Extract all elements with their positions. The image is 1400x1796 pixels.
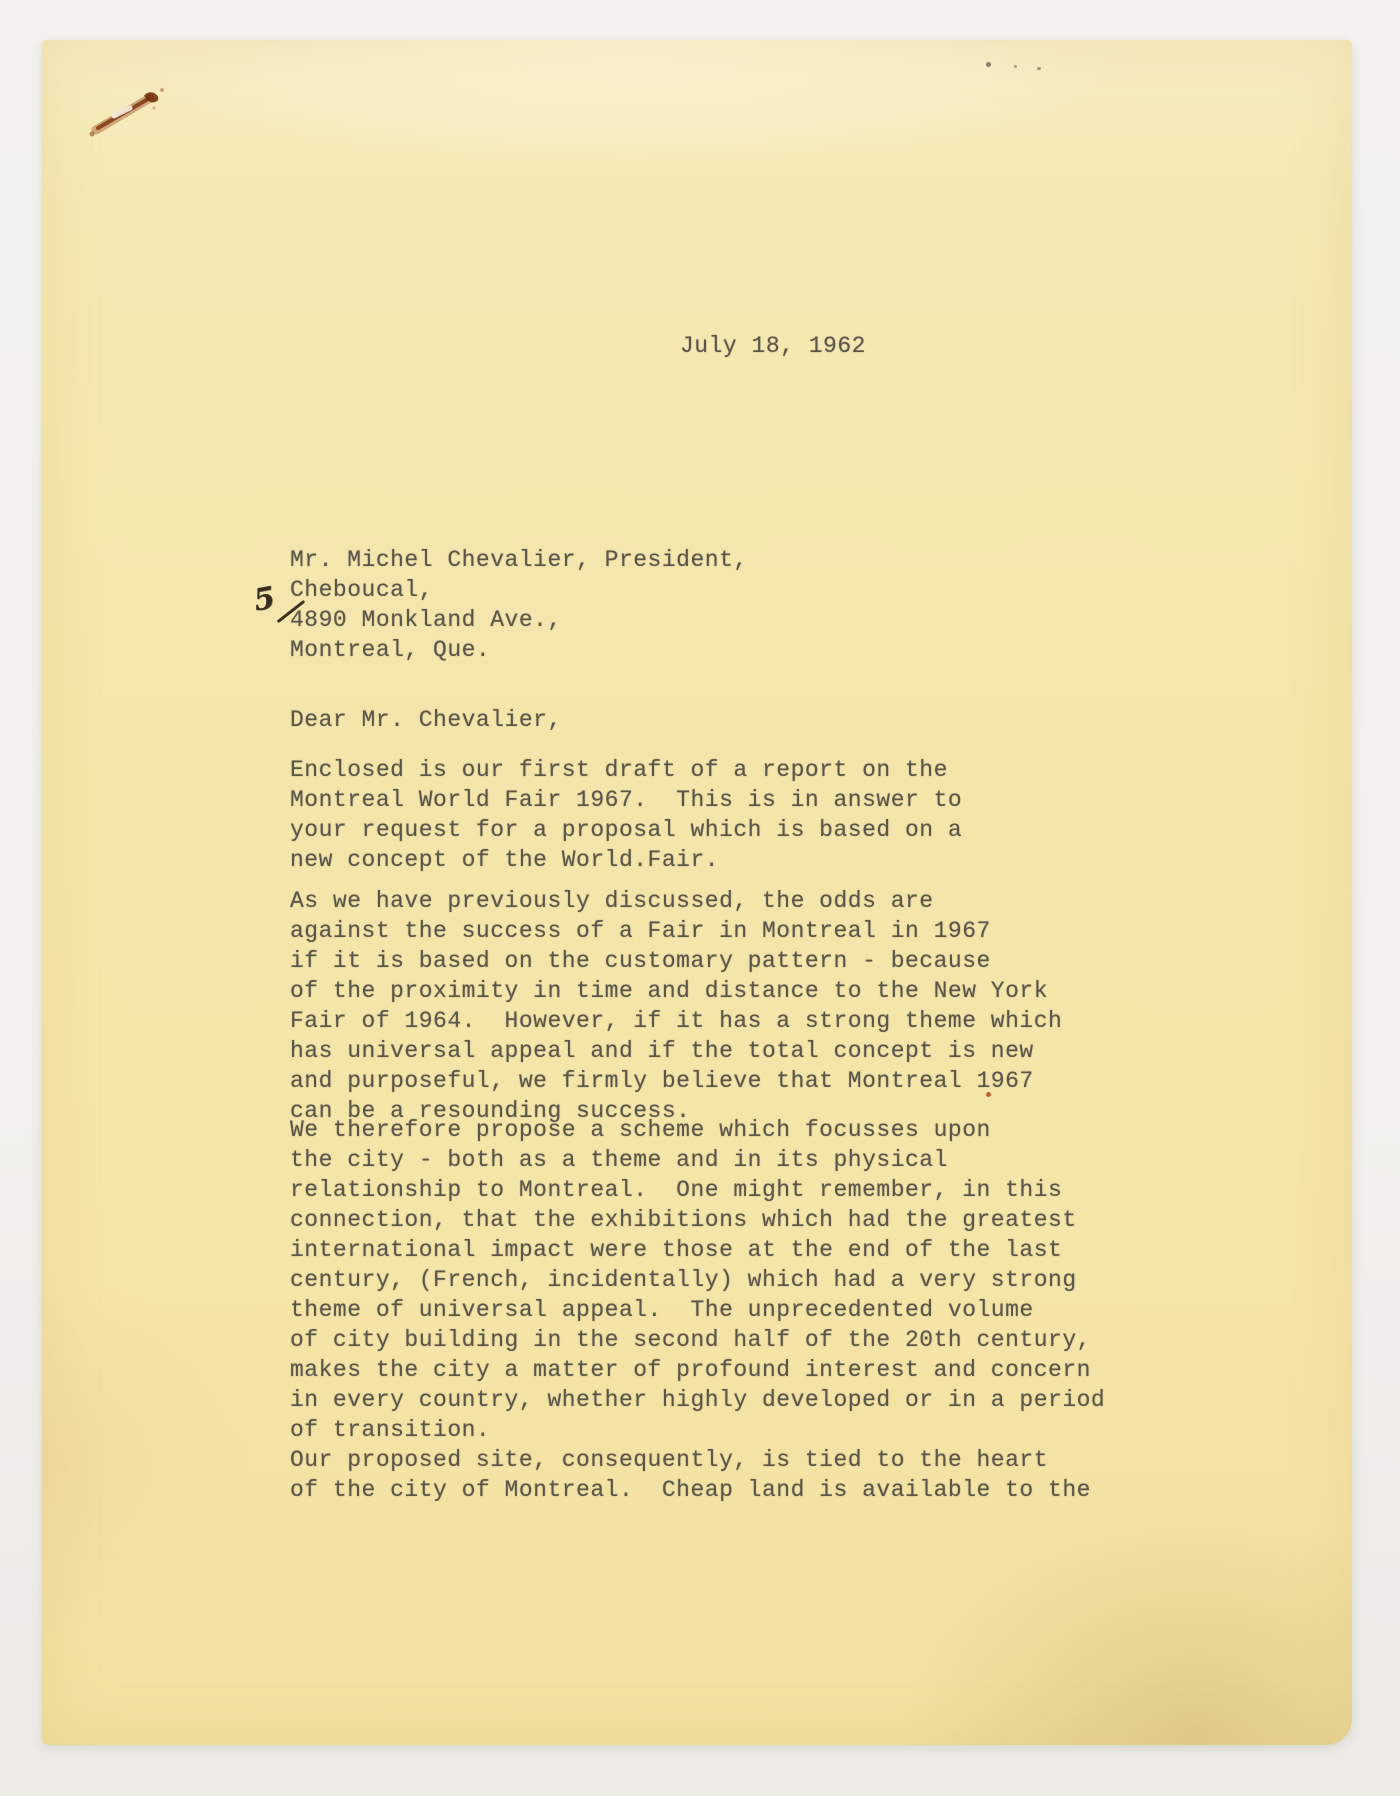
recipient-organization: Cheboucal, [290,575,433,605]
handwritten-correction: 5 [251,580,278,618]
letter-paragraph: Enclosed is our first draft of a report … [290,755,962,875]
letter-paragraph: Our proposed site, consequently, is tied… [290,1445,1091,1505]
letter-date: July 18, 1962 [680,331,866,361]
recipient-city: Montreal, Que. [290,635,490,665]
letter-paper: July 18, 1962 Mr. Michel Chevalier, Pres… [42,40,1352,1745]
salutation: Dear Mr. Chevalier, [290,705,562,735]
paper-speck [986,62,991,67]
letter-paragraph: We therefore propose a scheme which focu… [290,1115,1105,1445]
paper-speck [1037,67,1041,70]
rust-stain [78,64,188,144]
letter-paragraph: As we have previously discussed, the odd… [290,886,1062,1126]
scan-background: July 18, 1962 Mr. Michel Chevalier, Pres… [0,0,1400,1796]
recipient-name: Mr. Michel Chevalier, President, [290,545,748,575]
paper-speck [1014,65,1017,68]
recipient-street: 4890 Monkland Ave., [290,605,562,635]
